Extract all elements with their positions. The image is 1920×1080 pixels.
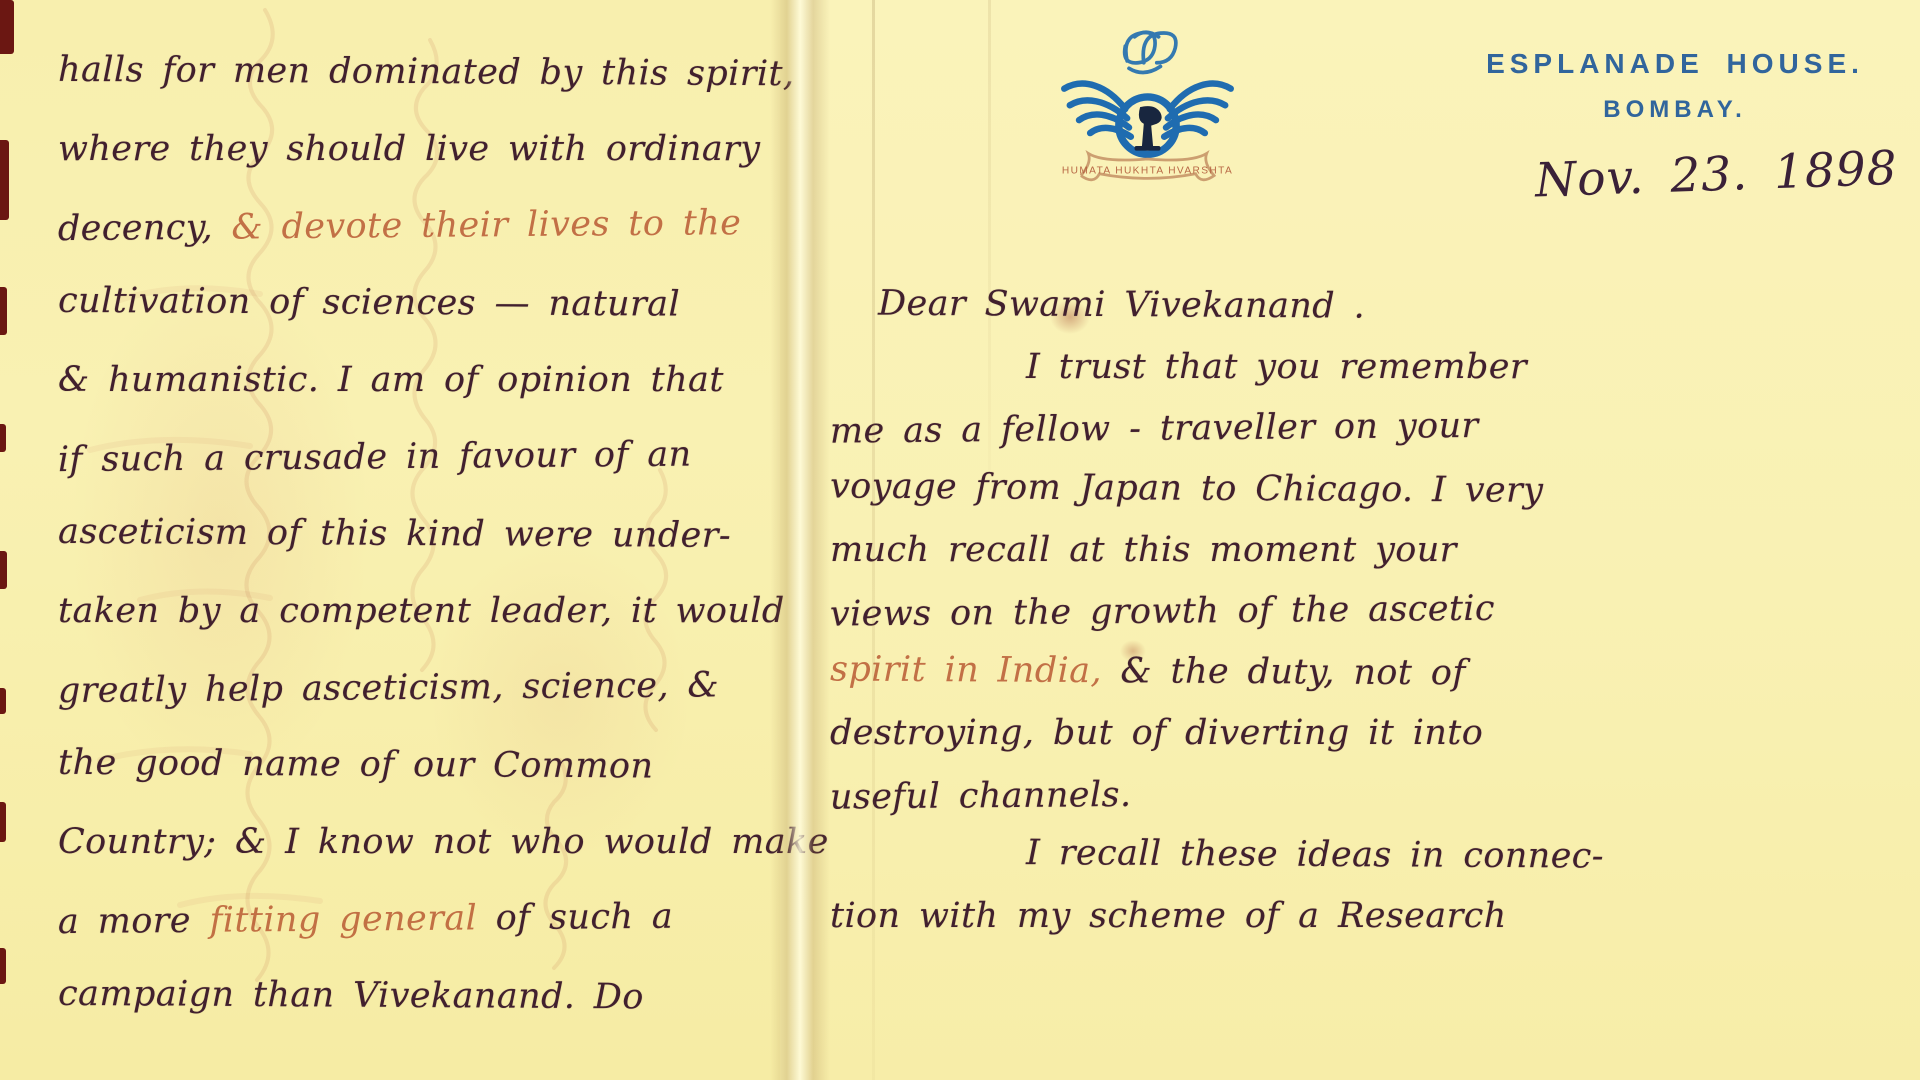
scan-edge-artifact — [0, 140, 9, 220]
handwritten-line: useful channels. — [830, 770, 1651, 838]
letter-page-right: HUMATA HUKHTA HVARSHTA ESPLANADE HOUSE. … — [800, 0, 1920, 1080]
scan-edge-artifact — [0, 688, 6, 714]
scan-edge-artifact — [0, 802, 6, 842]
handwritten-segment: & devote their lives to the — [231, 203, 741, 247]
handwritten-line: voyage from Japan to Chicago. I very — [830, 466, 1650, 532]
handwritten-segment: asceticism of this kind were under- — [58, 512, 731, 556]
handwritten-segment: cultivation of sciences — natural — [58, 281, 680, 325]
handwritten-line: much recall at this moment your — [830, 530, 1650, 591]
emblem-motto-text: HUMATA HUKHTA HVARSHTA — [1062, 166, 1233, 177]
letter-date: Nov. 23. 1898 — [1534, 139, 1920, 209]
handwritten-segment: Country; & I know not who would make — [58, 822, 829, 862]
handwritten-segment: & the duty, not of — [1120, 651, 1465, 693]
handwritten-segment: fitting general — [209, 898, 477, 940]
tata-crest-emblem: HUMATA HUKHTA HVARSHTA — [1055, 20, 1240, 198]
handwritten-line: if such a crusade in favour of an — [58, 434, 769, 517]
paper-crease — [872, 0, 875, 1080]
handwritten-line: spirit in India, & the duty, not of — [830, 649, 1650, 715]
handwritten-line: me as a fellow - traveller on your — [830, 404, 1651, 472]
handwritten-line: & humanistic. I am of opinion that — [58, 360, 768, 437]
handwritten-line: taken by a competent leader, it would — [58, 591, 768, 668]
handwritten-line: asceticism of this kind were under- — [58, 512, 768, 593]
letterhead-city-line: BOMBAY. — [1440, 96, 1910, 124]
handwritten-line: the good name of our Common — [58, 743, 768, 824]
scan-edge-artifact — [0, 0, 14, 54]
handwritten-segment: if such a crusade in favour of an — [58, 435, 692, 481]
handwritten-segment: greatly help asceticism, science, & — [58, 665, 720, 711]
handwritten-segment: Dear Swami Vivekanand . — [878, 284, 1365, 327]
right-page-text: Dear Swami Vivekanand .I trust that you … — [830, 286, 1650, 957]
handwritten-line: greatly help asceticism, science, & — [58, 665, 769, 748]
handwritten-segment: of such a — [477, 897, 673, 939]
handwritten-segment: campaign than Vivekanand. Do — [58, 974, 644, 1018]
handwritten-segment: & humanistic. I am of opinion that — [58, 360, 724, 400]
handwritten-line: I recall these ideas in connec- — [1026, 833, 1650, 898]
letterhead-address-line: ESPLANADE HOUSE. — [1440, 48, 1910, 80]
scan-edge-artifact — [0, 424, 6, 452]
handwritten-segment: a more — [58, 901, 210, 942]
handwritten-segment: I recall these ideas in connec- — [1026, 833, 1604, 877]
scan-edge-artifact — [0, 551, 7, 589]
handwritten-line: Country; & I know not who would make — [58, 822, 768, 899]
handwritten-segment: much recall at this moment your — [830, 530, 1457, 570]
handwritten-line: campaign than Vivekanand. Do — [58, 974, 768, 1055]
handwritten-segment: decency, — [58, 208, 232, 250]
letter-page-left: halls for men dominated by this spirit,w… — [0, 0, 780, 1080]
handwritten-line: Dear Swami Vivekanand . — [878, 284, 1650, 350]
handwritten-segment: useful channels. — [830, 775, 1132, 818]
handwritten-segment: the good name of our Common — [58, 743, 653, 787]
handwritten-segment: destroying, but of diverting it into — [830, 713, 1483, 753]
handwritten-segment: tion with my scheme of a Research — [830, 896, 1507, 936]
letter-scan: halls for men dominated by this spirit,w… — [0, 0, 1920, 1080]
handwritten-line: a more fitting general of such a — [58, 896, 769, 979]
handwritten-segment: voyage from Japan to Chicago. I very — [830, 466, 1544, 510]
handwritten-segment: taken by a competent leader, it would — [58, 591, 785, 631]
scan-edge-artifact — [0, 287, 7, 335]
handwritten-line: tion with my scheme of a Research — [830, 896, 1650, 957]
handwritten-line: cultivation of sciences — natural — [58, 281, 768, 362]
handwritten-line: I trust that you remember — [1026, 347, 1650, 408]
handwritten-line: views on the growth of the ascetic — [830, 587, 1651, 655]
handwritten-line: decency, & devote their lives to the — [58, 203, 769, 286]
paper-crease — [988, 0, 991, 470]
handwritten-segment: me as a fellow - traveller on your — [830, 406, 1479, 452]
page-fold — [770, 0, 830, 1080]
handwritten-segment: I trust that you remember — [1026, 347, 1527, 387]
handwritten-line: halls for men dominated by this spirit, — [58, 50, 768, 131]
handwritten-line: destroying, but of diverting it into — [830, 713, 1650, 774]
handwritten-segment: views on the growth of the ascetic — [830, 589, 1495, 635]
handwritten-line: where they should live with ordinary — [58, 129, 768, 206]
scan-edge-artifact — [0, 948, 6, 984]
handwritten-segment: where they should live with ordinary — [58, 129, 760, 169]
left-page-text: halls for men dominated by this spirit,w… — [58, 52, 768, 1053]
handwritten-segment: halls for men dominated by this spirit, — [58, 50, 795, 94]
letterhead: ESPLANADE HOUSE. BOMBAY. — [1440, 48, 1910, 124]
